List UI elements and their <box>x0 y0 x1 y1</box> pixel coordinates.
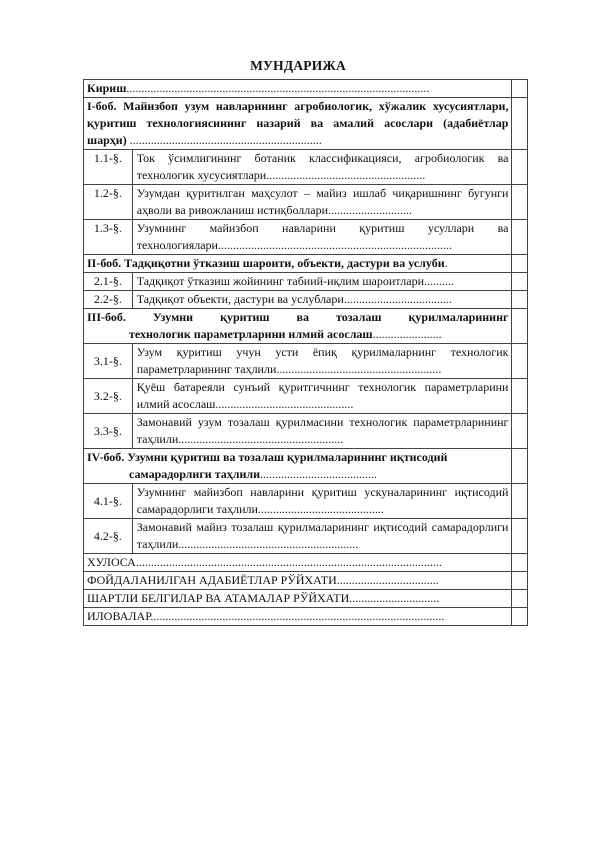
toc-row-intro: Кириш...................................… <box>84 80 528 98</box>
page-number-cell <box>512 414 528 449</box>
leader-dots: ........................................… <box>218 238 452 252</box>
leader-dots: ........................................… <box>126 81 429 95</box>
page-number-cell <box>512 255 528 273</box>
page-number-cell <box>512 554 528 572</box>
leader-dots: ....................................... <box>260 467 377 481</box>
toc-row-section: 3.3-§. Замонавий узум тозалаш қурилмасин… <box>84 414 528 449</box>
page-number-cell <box>512 344 528 379</box>
leader-dots: . <box>445 256 448 270</box>
toc-row-section: 2.2-§. Тадқиқот объекти, дастури ва услу… <box>84 291 528 309</box>
leader-dots: ........................................… <box>178 537 358 551</box>
section-number: 3.3-§. <box>84 414 133 449</box>
leader-dots: ........................................… <box>215 397 353 411</box>
toc-row-section: 1.2-§. Узумдан қуритилган маҳсулот – май… <box>84 185 528 220</box>
toc-row-appendices: ИЛОВАЛАР................................… <box>84 608 528 626</box>
page-number-cell <box>512 291 528 309</box>
toc-entry-section-3-3[interactable]: Замонавий узум тозалаш қурилмасини техно… <box>132 414 512 449</box>
section-number: 2.2-§. <box>84 291 133 309</box>
page-number-cell <box>512 484 528 519</box>
toc-entry-chapter-2[interactable]: II-боб. Тадқиқотни ўтказиш шароити, объе… <box>84 255 512 273</box>
page-number-cell <box>512 572 528 590</box>
page-number-cell <box>512 590 528 608</box>
page-title: МУНДАРИЖА <box>0 58 596 74</box>
toc-entry-section-1-3[interactable]: Узумнинг майизбоп навларини қуритиш усул… <box>132 220 512 255</box>
entry-title: II-боб. Тадқиқотни ўтказиш шароити, объе… <box>87 256 445 270</box>
leader-dots: ........................................… <box>136 555 442 569</box>
leader-dots: ........................................… <box>127 133 322 147</box>
toc-row-section: 4.1-§. Узумнинг майизбоп навларини қурит… <box>84 484 528 519</box>
leader-dots: ........................................… <box>178 432 343 446</box>
section-number: 1.3-§. <box>84 220 133 255</box>
toc-entry-chapter-3[interactable]: III-боб. Узумни қуритиш ва тозалаш қурил… <box>84 309 512 344</box>
toc-entry-abbreviations[interactable]: ШАРТЛИ БЕЛГИЛАР ВА АТАМАЛАР РЎЙХАТИ.....… <box>84 590 512 608</box>
leader-dots: ........................................… <box>276 362 441 376</box>
toc-row-section: 3.1-§. Узум қуритиш учун усти ёпиқ қурил… <box>84 344 528 379</box>
toc-entry-appendices[interactable]: ИЛОВАЛАР................................… <box>84 608 512 626</box>
page-number-cell <box>512 519 528 554</box>
entry-title: ФОЙДАЛАНИЛГАН АДАБИЁТЛАР РЎЙХАТИ <box>87 573 337 587</box>
toc-entry-section-3-1[interactable]: Узум қуритиш учун усти ёпиқ қурилмаларни… <box>132 344 512 379</box>
toc-row-chapter-3: III-боб. Узумни қуритиш ва тозалаш қурил… <box>84 309 528 344</box>
entry-title-line-2: самарадорлиги таҳлили <box>129 467 260 481</box>
page-number-cell <box>512 150 528 185</box>
page-number-cell <box>512 220 528 255</box>
page-number-cell <box>512 449 528 484</box>
toc-row-section: 3.2-§. Қуёш батареяли сунъий қуритгичнин… <box>84 379 528 414</box>
section-number: 1.2-§. <box>84 185 133 220</box>
toc-entry-section-4-1[interactable]: Узумнинг майизбоп навларини қуритиш уску… <box>132 484 512 519</box>
leader-dots: ........................................… <box>266 168 425 182</box>
toc-row-references: ФОЙДАЛАНИЛГАН АДАБИЁТЛАР РЎЙХАТИ........… <box>84 572 528 590</box>
entry-title: Узумдан қуритилган маҳсулот – майиз ишла… <box>137 186 509 217</box>
toc-entry-section-1-2[interactable]: Узумдан қуритилган маҳсулот – майиз ишла… <box>132 185 512 220</box>
section-number: 1.1-§. <box>84 150 133 185</box>
entry-title: ХУЛОСА <box>87 555 136 569</box>
entry-title-line-2: технологик параметрларини илмий асослаш <box>129 327 373 341</box>
toc-entry-chapter-1[interactable]: I-боб. Майизбоп узум навларининг агробио… <box>84 98 512 150</box>
toc-entry-conclusion[interactable]: ХУЛОСА..................................… <box>84 554 512 572</box>
leader-dots: .......... <box>424 274 454 288</box>
entry-title: Кириш <box>87 81 126 95</box>
entry-title: ИЛОВАЛАР <box>87 609 150 623</box>
leader-dots: .............................. <box>349 591 439 605</box>
entry-title: Тадқиқот ўтказиш жойининг табиий-иқлим ш… <box>137 274 424 288</box>
toc-row-section: 1.3-§. Узумнинг майизбоп навларини қурит… <box>84 220 528 255</box>
page-number-cell <box>512 608 528 626</box>
page-number-cell <box>512 80 528 98</box>
entry-title-line-1: III-боб. Узумни қуритиш ва тозалаш қурил… <box>87 309 508 326</box>
page-number-cell <box>512 273 528 291</box>
toc-row-chapter-1: I-боб. Майизбоп узум навларининг агробио… <box>84 98 528 150</box>
toc-row-section: 2.1-§. Тадқиқот ўтказиш жойининг табиий-… <box>84 273 528 291</box>
entry-title: ШАРТЛИ БЕЛГИЛАР ВА АТАМАЛАР РЎЙХАТИ <box>87 591 349 605</box>
toc-row-abbreviations: ШАРТЛИ БЕЛГИЛАР ВА АТАМАЛАР РЎЙХАТИ.....… <box>84 590 528 608</box>
leader-dots: ....................... <box>373 327 442 341</box>
toc-entry-references[interactable]: ФОЙДАЛАНИЛГАН АДАБИЁТЛАР РЎЙХАТИ........… <box>84 572 512 590</box>
leader-dots: .................................... <box>344 292 452 306</box>
entry-title-line-1: IV-боб. Узумни қуритиш ва тозалаш қурилм… <box>87 449 508 466</box>
section-number: 4.2-§. <box>84 519 133 554</box>
section-number: 3.1-§. <box>84 344 133 379</box>
leader-dots: .................................. <box>337 573 439 587</box>
toc-entry-section-4-2[interactable]: Замонавий майиз тозалаш қурилмаларининг … <box>132 519 512 554</box>
leader-dots: ........................................… <box>150 609 444 623</box>
toc-row-section: 1.1-§. Ток ўсимлигининг ботаник классифи… <box>84 150 528 185</box>
toc-entry-intro[interactable]: Кириш...................................… <box>84 80 512 98</box>
toc-row-section: 4.2-§. Замонавий майиз тозалаш қурилмала… <box>84 519 528 554</box>
section-number: 3.2-§. <box>84 379 133 414</box>
section-number: 4.1-§. <box>84 484 133 519</box>
toc-entry-section-3-2[interactable]: Қуёш батареяли сунъий қуритгичнинг техно… <box>132 379 512 414</box>
toc-entry-chapter-4[interactable]: IV-боб. Узумни қуритиш ва тозалаш қурилм… <box>84 449 512 484</box>
page-number-cell <box>512 185 528 220</box>
leader-dots: ............................ <box>328 203 412 217</box>
toc-entry-section-2-2[interactable]: Тадқиқот объекти, дастури ва услублари..… <box>132 291 512 309</box>
page-number-cell <box>512 379 528 414</box>
leader-dots: ........................................… <box>258 502 384 516</box>
toc-entry-section-2-1[interactable]: Тадқиқот ўтказиш жойининг табиий-иқлим ш… <box>132 273 512 291</box>
table-of-contents: Кириш...................................… <box>83 79 528 626</box>
page-number-cell <box>512 98 528 150</box>
toc-row-chapter-2: II-боб. Тадқиқотни ўтказиш шароити, объе… <box>84 255 528 273</box>
page-number-cell <box>512 309 528 344</box>
entry-title: Тадқиқот объекти, дастури ва услублари <box>137 292 344 306</box>
toc-row-chapter-4: IV-боб. Узумни қуритиш ва тозалаш қурилм… <box>84 449 528 484</box>
section-number: 2.1-§. <box>84 273 133 291</box>
toc-row-conclusion: ХУЛОСА..................................… <box>84 554 528 572</box>
toc-entry-section-1-1[interactable]: Ток ўсимлигининг ботаник классификацияси… <box>132 150 512 185</box>
